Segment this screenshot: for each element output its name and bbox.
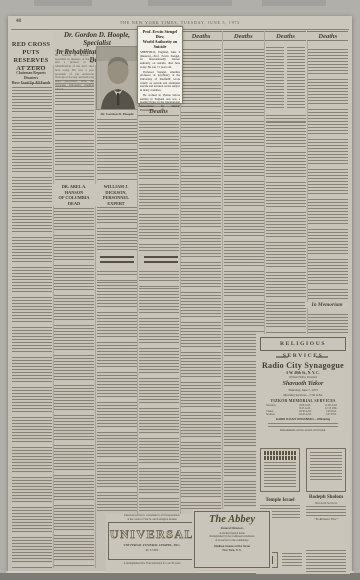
synagogue-address: 6 W. 48th St., N. Y. C.: [258, 371, 348, 375]
scan-edge-mark: [148, 0, 232, 6]
deaths-name-index: [266, 47, 284, 109]
rodeph-sholom-ad[interactable]: Rodeph Sholom Shavuoth Services “To Rema…: [306, 495, 346, 521]
scan-edge-mark: [34, 0, 92, 6]
decorative-rule: [276, 356, 288, 358]
temple-name: Temple Israel: [260, 498, 300, 503]
times-value: 10:45 A.M.: [292, 413, 318, 416]
scan-background: [0, 573, 360, 580]
fine-print-block: [268, 423, 338, 428]
synagogue-name: Rodeph Sholom: [306, 495, 346, 500]
radio-city-synagogue-ad[interactable]: Radio City Synagogue 6 W. 48th St., N. Y…: [258, 361, 348, 432]
red-cross-headline: RED CROSS PUTS RESERVES AT ZERO: [10, 41, 52, 73]
company-name: UNIVERSAL FUNERAL CHAPEL, INC.: [109, 543, 195, 547]
ad-text-block: [282, 553, 302, 567]
in-memoriam-block: [308, 314, 348, 333]
congregation-ad-box[interactable]: [260, 448, 300, 492]
hanson-headline-line2: OF COLUMBIA DEAD: [53, 195, 95, 206]
ad-text-block: [306, 550, 346, 572]
hanson-headline: DR. ABEL A. HANSON OF COLUMBIA DEAD: [53, 184, 95, 206]
hoople-photo-caption: Dr. Gordon D. Hoople: [92, 112, 142, 116]
universal-wordmark: UNIVERSAL: [109, 527, 195, 542]
ad-text-block: [306, 506, 346, 516]
abbey-tagline: Funeral Directors: [195, 526, 269, 530]
ad-lead-line: at the corner of 52d St. and Lexington A…: [106, 518, 198, 522]
abbey-body-text: A modern funeral home distinguished by t…: [195, 532, 269, 543]
hanson-headline-line1: DR. ABEL A. HANSON: [53, 184, 95, 195]
death-notices-block: [139, 270, 179, 512]
times-value: 1:45 P.M.: [318, 413, 344, 416]
abbey-address: Madison Avenue at 81st Street New York, …: [195, 545, 269, 553]
stengel-headline: Prof. Erwin Stengel Dies; World Authorit…: [140, 29, 180, 49]
abbey-wordmark: The Abbey: [195, 514, 269, 525]
dickson-headline-line1: WILLIAM J. DICKSON,: [95, 184, 137, 195]
death-notices-block: [181, 47, 221, 509]
event-title: Shavuoth Yizkor: [258, 381, 348, 387]
hoople-portrait-photo: [96, 46, 140, 110]
ad-text-block: [310, 452, 342, 482]
body-text-block: [97, 270, 137, 512]
stengel-headline-line1: Prof. Erwin Stengel Dies;: [140, 29, 180, 39]
abbey-ad-box: The Abbey Funeral Directors A modern fun…: [194, 511, 270, 568]
services-line: Shavuoth Services: [306, 501, 346, 505]
abbey-body-line: of its service to the community.: [195, 539, 269, 543]
services-times-table: Saturday9:00 A.M.11:00 A.M. 9:45 A.M.12:…: [258, 404, 348, 416]
refreshments-note: Refreshments will be served. All invited…: [258, 429, 348, 432]
deaths-section-header: Deaths: [181, 31, 222, 41]
reversed-header-band: [263, 451, 297, 455]
decorative-rule: [316, 356, 328, 358]
small-headline-block: [144, 256, 178, 266]
dickson-headline: WILLIAM J. DICKSON, PERSONNEL EXPERT: [95, 184, 137, 206]
universal-chapel-ad[interactable]: Universal service is convenient to all t…: [106, 514, 198, 572]
body-text-block: [97, 119, 137, 181]
red-cross-subhead-line1: Chairman Reports Disasters: [10, 71, 52, 81]
body-text-block: [54, 198, 94, 568]
newspaper-page: 48 THE NEW YORK TIMES, TUESDAY, JUNE 5, …: [8, 16, 352, 574]
ad-tagline: A distinguished New York institution for…: [106, 562, 198, 565]
stengel-highlighted-clipping[interactable]: Prof. Erwin Stengel Dies; World Authorit…: [137, 26, 183, 104]
sermon-quote: “To Remain True”: [306, 517, 346, 521]
stengel-body-paragraph: Professor Stengel, emeritus professor of…: [140, 71, 180, 93]
ad-text-block: [264, 462, 296, 488]
dickson-headline-line2: PERSONNEL EXPERT: [95, 195, 137, 206]
phone-number: PL 3-5300: [109, 548, 195, 552]
officiating-rabbi: RABBI JUDAH WEISSBERG—Officiating: [258, 417, 348, 421]
morning-services: Morning Services—7:30 A.M.: [258, 393, 348, 397]
death-notices-block: [139, 120, 179, 252]
red-cross-headline-line1: RED CROSS PUTS: [10, 41, 52, 57]
deaths-name-index: [287, 47, 305, 109]
services-title: YIZKOR MEMORIAL SERVICES: [258, 399, 348, 403]
universal-ad-box: UNIVERSAL UNIVERSAL FUNERAL CHAPEL, INC.…: [108, 522, 196, 560]
masthead: THE NEW YORK TIMES, TUESDAY, JUNE 5, 197…: [8, 20, 352, 25]
in-memoriam-header: In Memoriam: [305, 302, 349, 308]
newspaper-scan: 48 THE NEW YORK TIMES, TUESDAY, JUNE 5, …: [0, 0, 360, 580]
divider-rule: [21, 83, 45, 84]
reversed-header-band: [263, 456, 297, 460]
event-date: Thursday, June 7, 1973: [258, 388, 348, 392]
death-notices-block: [266, 113, 306, 333]
death-notices-block: [308, 47, 348, 299]
synagogue-ad-box[interactable]: [306, 448, 346, 492]
stengel-headline-line2: World Authority on Suicide: [140, 39, 180, 49]
divider-rule: [21, 66, 45, 67]
times-row: Sermon10:45 A.M.1:45 P.M.: [258, 413, 348, 416]
deaths-section-header: Deaths: [307, 31, 348, 41]
times-label: Sermon: [262, 413, 292, 416]
religious-services-header: RELIGIOUS SERVICES: [260, 337, 346, 351]
synagogue-president: William Hallin, President: [258, 376, 348, 379]
synagogue-name: Radio City Synagogue: [258, 361, 348, 370]
abbey-funeral-ad[interactable]: The Abbey Funeral Directors A modern fun…: [192, 509, 272, 570]
deaths-section-header: Deaths: [223, 31, 264, 41]
small-headline-block: [100, 256, 134, 266]
stengel-body-paragraph: SHEFFIELD, England, June 4 (Reuters)—Pro…: [140, 51, 180, 70]
abbey-address-line: New York, N. Y.: [195, 549, 269, 553]
body-text-block: [12, 87, 52, 568]
scan-edge-mark: [262, 0, 326, 6]
deaths-section-header: Deaths: [265, 31, 306, 41]
stengel-body-paragraph: He worked in Vienna before settling in E…: [140, 94, 180, 113]
body-text-block: [55, 80, 94, 182]
